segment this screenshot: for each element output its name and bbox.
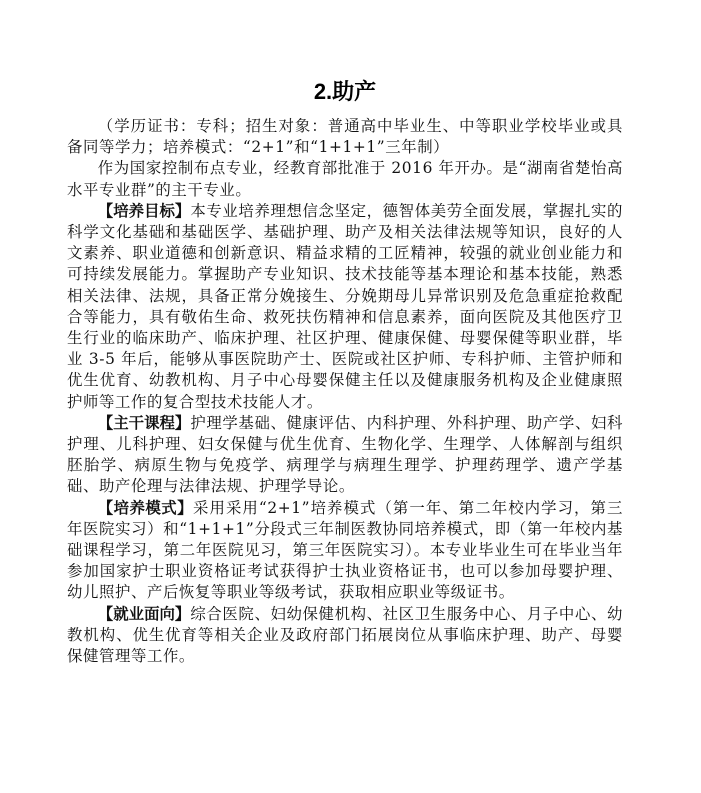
section-heading: 【培养模式】 [98, 499, 193, 517]
section-heading: 【主干课程】 [98, 414, 191, 432]
document-body: （学历证书：专科；招生对象：普通高中毕业生、中等职业学校毕业或具备同等学力；培养… [67, 116, 623, 667]
section-training-goal: 【培养目标】本专业培养理想信念坚定，德智体美劳全面发展，掌握扎实的科学文化基础和… [67, 201, 623, 413]
section-text: 本专业培养理想信念坚定，德智体美劳全面发展，掌握扎实的科学文化基础和基础医学、基… [67, 202, 623, 411]
section-training-mode: 【培养模式】采用采用“2+1”培养模式（第一年、第二年校内学习，第三年医院实习）… [67, 498, 623, 604]
section-heading: 【培养目标】 [98, 202, 191, 220]
section-core-courses: 【主干课程】护理学基础、健康评估、内科护理、外科护理、助产学、妇科护理、儿科护理… [67, 413, 623, 498]
section-heading: 【就业面向】 [98, 605, 191, 623]
page-title: 2.助产 [67, 78, 623, 106]
section-employment: 【就业面向】综合医院、妇幼保健机构、社区卫生服务中心、月子中心、幼教机构、优生优… [67, 604, 623, 668]
intro-paragraph: （学历证书：专科；招生对象：普通高中毕业生、中等职业学校毕业或具备同等学力；培养… [67, 116, 623, 158]
background-paragraph: 作为国家控制布点专业，经教育部批准于 2016 年开办。是“湖南省楚怡高水平专业… [67, 158, 623, 200]
